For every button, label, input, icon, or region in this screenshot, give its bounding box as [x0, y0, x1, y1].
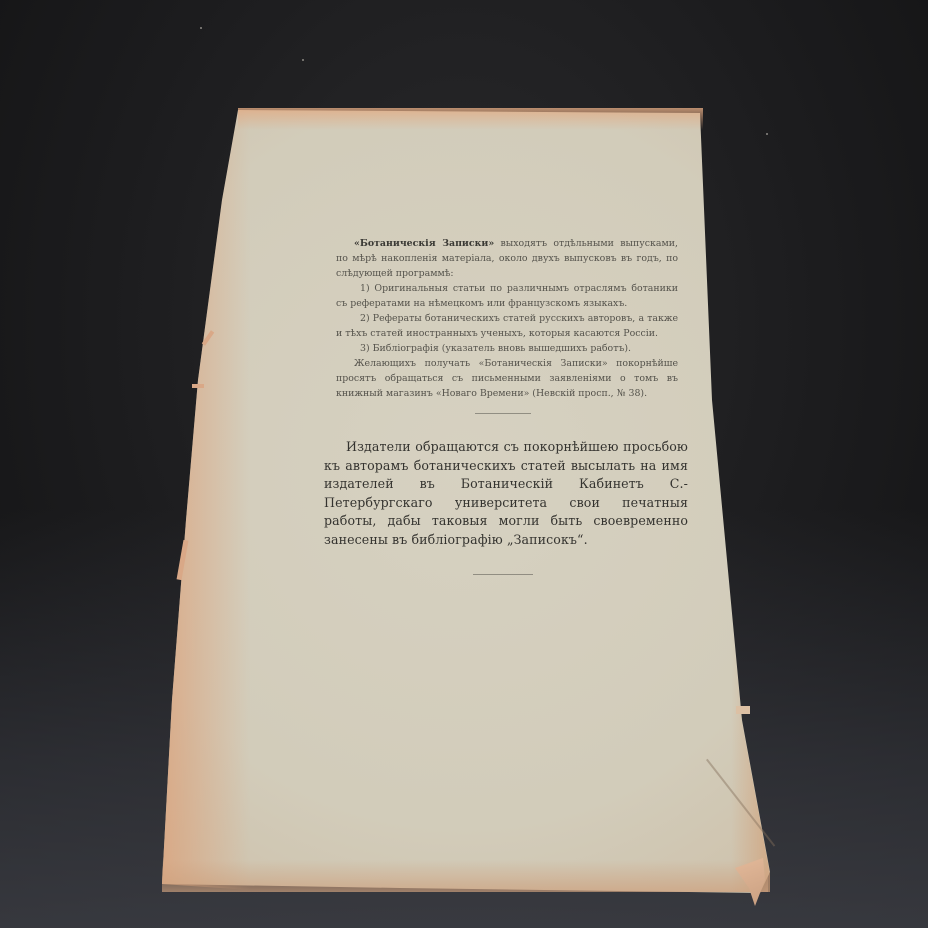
paper-edge-left [160, 110, 250, 890]
subscription-paragraph: Желающихъ получать «Ботаническія Записки… [336, 356, 678, 401]
program-item: 1) Оригинальныя статьи по различнымъ отр… [336, 281, 678, 311]
journal-info-block: «Ботаническія Записки» выходятъ отдѣльны… [336, 236, 678, 401]
notice-text: Издатели обращаются съ покорнѣйшею прось… [324, 438, 688, 549]
journal-title: «Ботаническія Записки» [354, 238, 494, 249]
dust-speck [766, 133, 768, 135]
intro-paragraph: «Ботаническія Записки» выходятъ отдѣльны… [336, 236, 678, 281]
paper-edge-bottom [162, 860, 768, 892]
paper-fragment [192, 384, 204, 388]
paper-fragment [736, 706, 750, 714]
divider [475, 413, 531, 414]
dust-speck [302, 59, 304, 61]
program-item: 3) Библіографія (указатель вновь вышедши… [336, 341, 678, 356]
program-item: 2) Рефераты ботаническихъ статей русских… [336, 311, 678, 341]
paper-edge-top [238, 108, 703, 130]
publisher-notice: Издатели обращаются съ покорнѣйшею прось… [324, 438, 688, 549]
divider [473, 574, 533, 575]
dust-speck [200, 27, 202, 29]
